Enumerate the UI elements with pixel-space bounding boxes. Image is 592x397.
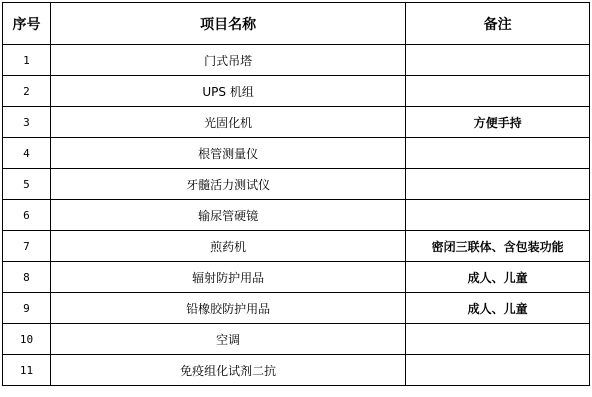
table-row: 4 根管测量仪 (3, 138, 590, 169)
table-row: 2 UPS 机组 (3, 76, 590, 107)
cell-serial-number: 8 (3, 262, 51, 293)
cell-item-name: 免疫组化试剂二抗 (50, 355, 405, 386)
cell-remarks: 成人、儿童 (406, 293, 590, 324)
header-remarks: 备注 (406, 3, 590, 45)
table-row: 1 门式吊塔 (3, 45, 590, 76)
cell-serial-number: 11 (3, 355, 51, 386)
cell-remarks (406, 200, 590, 231)
table-row: 10 空调 (3, 324, 590, 355)
cell-item-name: 门式吊塔 (50, 45, 405, 76)
cell-item-name: UPS 机组 (50, 76, 405, 107)
cell-item-name: 辐射防护用品 (50, 262, 405, 293)
cell-serial-number: 5 (3, 169, 51, 200)
cell-remarks: 密闭三联体、含包装功能 (406, 231, 590, 262)
table-row: 11 免疫组化试剂二抗 (3, 355, 590, 386)
table-row: 9 铅橡胶防护用品 成人、儿童 (3, 293, 590, 324)
cell-serial-number: 9 (3, 293, 51, 324)
table-row: 5 牙髓活力测试仪 (3, 169, 590, 200)
cell-serial-number: 2 (3, 76, 51, 107)
equipment-table: 序号 项目名称 备注 1 门式吊塔 2 UPS 机组 3 光固化机 方便手持 4… (2, 2, 590, 386)
cell-remarks (406, 355, 590, 386)
table-row: 3 光固化机 方便手持 (3, 107, 590, 138)
cell-remarks: 方便手持 (406, 107, 590, 138)
header-item-name: 项目名称 (50, 3, 405, 45)
cell-serial-number: 4 (3, 138, 51, 169)
cell-remarks (406, 324, 590, 355)
cell-remarks: 成人、儿童 (406, 262, 590, 293)
cell-item-name: 光固化机 (50, 107, 405, 138)
header-serial-number: 序号 (3, 3, 51, 45)
cell-remarks (406, 76, 590, 107)
cell-remarks (406, 45, 590, 76)
table-row: 6 输尿管硬镜 (3, 200, 590, 231)
cell-item-name: 根管测量仪 (50, 138, 405, 169)
header-row: 序号 项目名称 备注 (3, 3, 590, 45)
cell-item-name: 牙髓活力测试仪 (50, 169, 405, 200)
cell-serial-number: 7 (3, 231, 51, 262)
cell-item-name: 空调 (50, 324, 405, 355)
cell-serial-number: 1 (3, 45, 51, 76)
cell-serial-number: 6 (3, 200, 51, 231)
cell-item-name: 铅橡胶防护用品 (50, 293, 405, 324)
cell-remarks (406, 169, 590, 200)
table-row: 7 煎药机 密闭三联体、含包装功能 (3, 231, 590, 262)
table-row: 8 辐射防护用品 成人、儿童 (3, 262, 590, 293)
cell-item-name: 输尿管硬镜 (50, 200, 405, 231)
cell-item-name: 煎药机 (50, 231, 405, 262)
cell-serial-number: 3 (3, 107, 51, 138)
cell-serial-number: 10 (3, 324, 51, 355)
cell-remarks (406, 138, 590, 169)
